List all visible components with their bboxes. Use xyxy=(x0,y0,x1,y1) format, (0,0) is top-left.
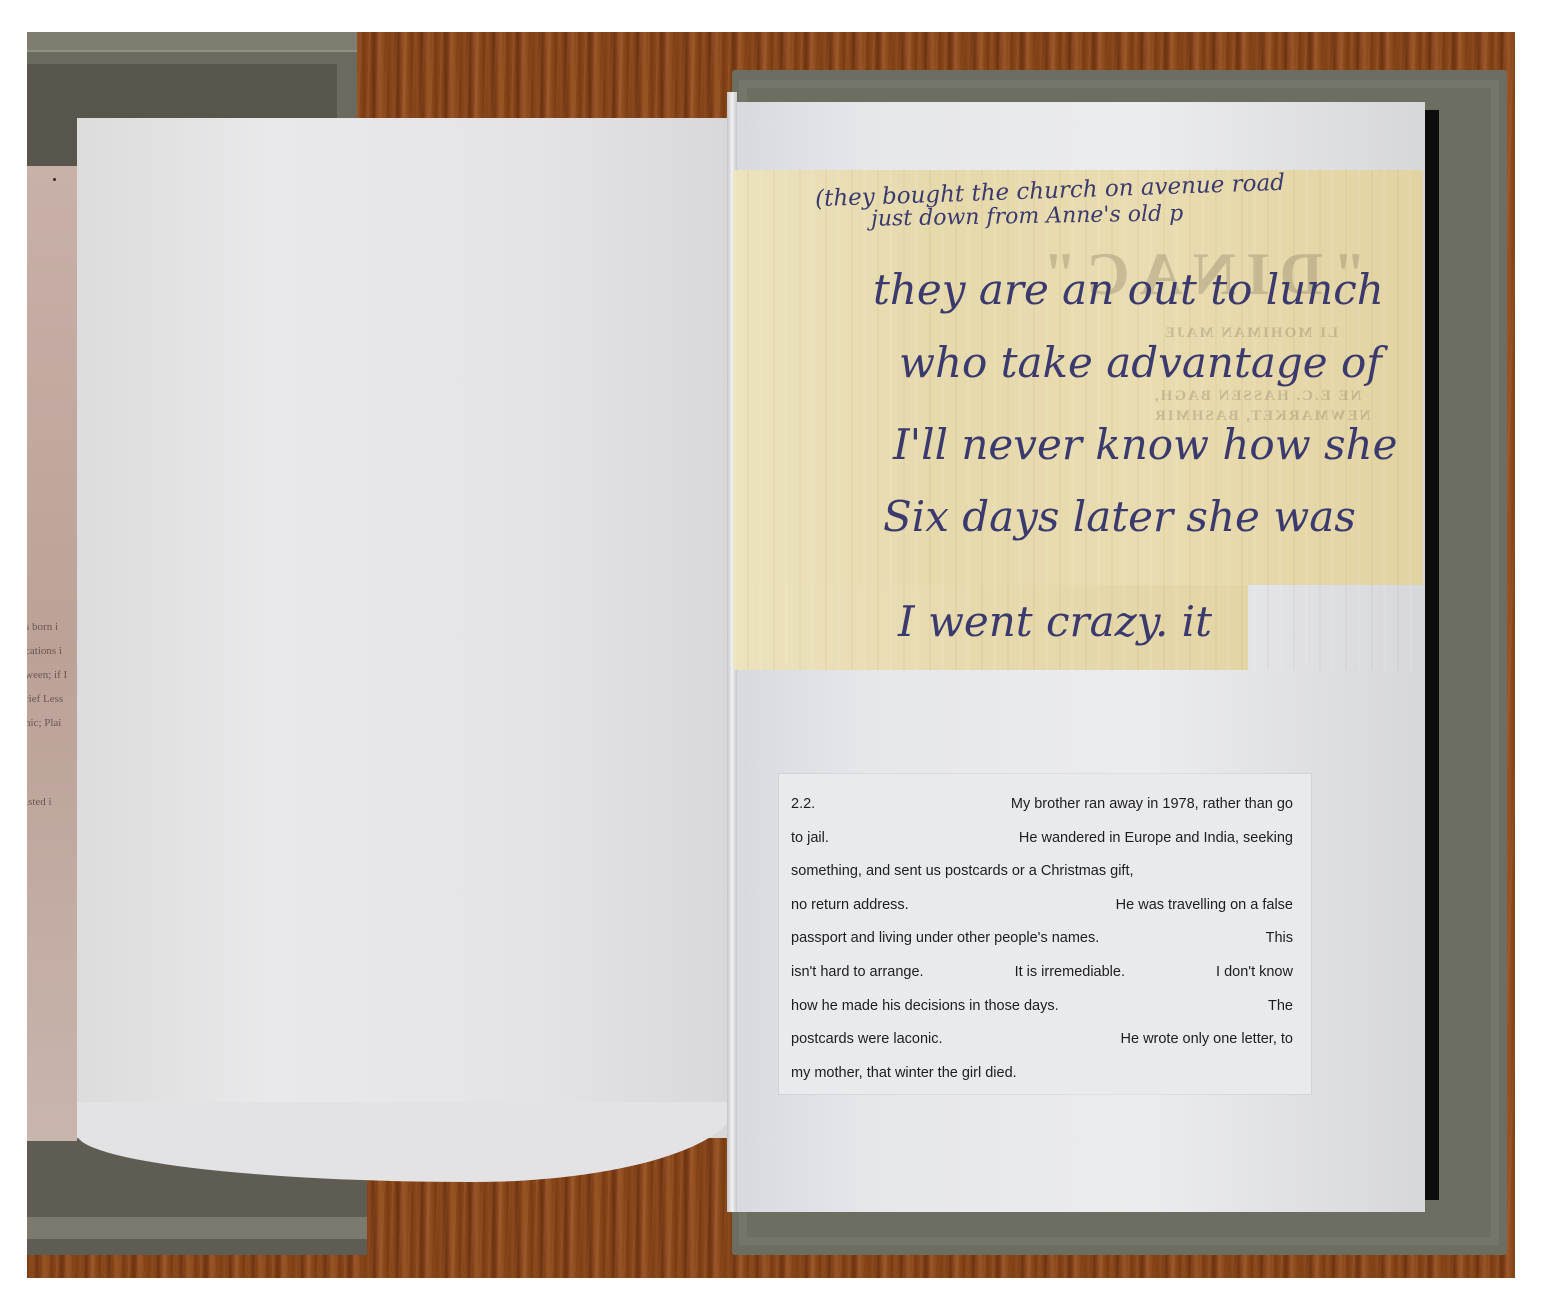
endpaper-text-line: rief Less xyxy=(27,693,63,705)
typed-text: This xyxy=(1266,922,1293,956)
typed-text: He wandered in Europe and India, seeking xyxy=(1019,822,1293,856)
typed-text: I don't know xyxy=(1216,956,1293,990)
typed-line: my mother, that winter the girl died. xyxy=(791,1057,1293,1091)
typed-line: something, and sent us postcards or a Ch… xyxy=(791,855,1293,889)
endpaper-text-line: isted i xyxy=(27,796,52,808)
typed-text: postcards were laconic. xyxy=(791,1023,943,1057)
endpaper-text-line: s born i xyxy=(27,621,58,633)
box-inner-shadow xyxy=(1423,110,1439,1200)
endpaper-mark xyxy=(53,178,56,181)
box-lid-bottom-edge xyxy=(27,1217,367,1239)
handwritten-line: they are an out to lunch xyxy=(873,265,1384,314)
typed-note: 2.2. My brother ran away in 1978, rather… xyxy=(779,774,1311,1094)
typed-line: no return address. He was travelling on … xyxy=(791,889,1293,923)
photograph: s born i cations i ween; if I rief Less … xyxy=(27,32,1515,1278)
typed-text: It is irremediable. xyxy=(1015,956,1125,990)
section-number: 2.2. xyxy=(791,788,815,822)
typed-line: to jail. He wandered in Europe and India… xyxy=(791,822,1293,856)
typed-text: something, and sent us postcards or a Ch… xyxy=(791,855,1134,889)
typed-text: isn't hard to arrange. xyxy=(791,956,924,990)
typed-text: The xyxy=(1268,990,1293,1024)
endpaper-text-line: cations i xyxy=(27,645,62,657)
handwritten-line: I'll never know how she xyxy=(893,420,1397,469)
typed-text: He was travelling on a false xyxy=(1116,889,1293,923)
endpaper-text-line: ween; if I xyxy=(27,669,67,681)
box-lid-edge xyxy=(27,32,357,52)
typed-line: passport and living under other people's… xyxy=(791,922,1293,956)
typed-line: 2.2. My brother ran away in 1978, rather… xyxy=(791,788,1293,822)
typed-text: to jail. xyxy=(791,822,829,856)
typed-text: My brother ran away in 1978, rather than… xyxy=(1011,788,1293,822)
typed-line: postcards were laconic. He wrote only on… xyxy=(791,1023,1293,1057)
typed-line: isn't hard to arrange. It is irremediabl… xyxy=(791,956,1293,990)
typed-text: my mother, that winter the girl died. xyxy=(791,1057,1017,1091)
handwritten-line: I went crazy. it xyxy=(898,597,1212,646)
handwritten-line: Six days later she was xyxy=(883,492,1356,541)
left-blank-page xyxy=(77,118,732,1138)
typed-text: no return address. xyxy=(791,889,909,923)
typed-line: how he made his decisions in those days.… xyxy=(791,990,1293,1024)
handwritten-line: who take advantage of xyxy=(899,338,1382,387)
printed-endpaper: s born i cations i ween; if I rief Less … xyxy=(27,166,77,1141)
typed-text: passport and living under other people's… xyxy=(791,922,1099,956)
letterhead-line: NE E.C. HASSEN BAGH, xyxy=(1153,388,1361,405)
handwritten-fragment: "DINAC" LI MOHIMAN MAJE NE E.C. HASSEN B… xyxy=(733,170,1423,670)
endpaper-text-line: nic; Plai xyxy=(27,717,61,729)
typed-text: how he made his decisions in those days. xyxy=(791,990,1059,1024)
typed-text: He wrote only one letter, to xyxy=(1121,1023,1294,1057)
